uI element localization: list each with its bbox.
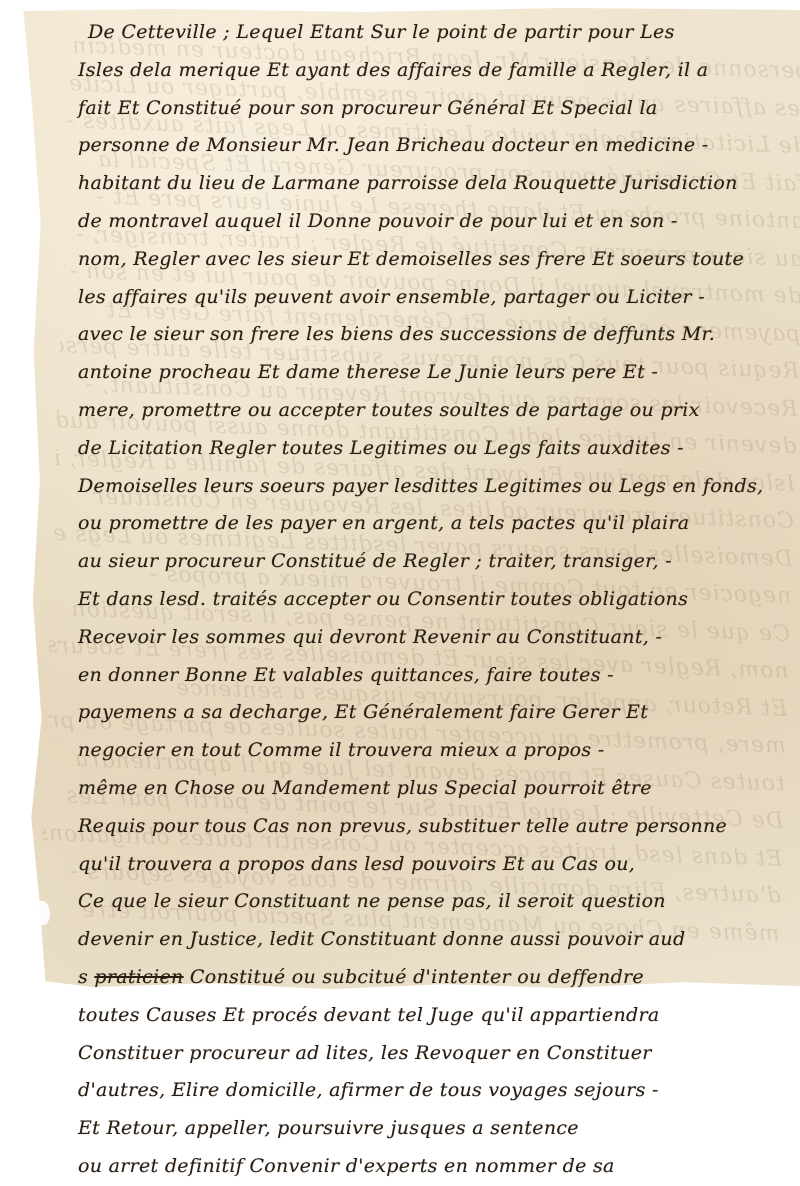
manuscript-line-24: Ce que le sieur Constituant ne pense pas… [78, 883, 798, 921]
manuscript-line-6: de montravel auquel il Donne pouvoir de … [78, 203, 798, 241]
manuscript-line-23: qu'il trouvera a propos dans lesd pouvoi… [78, 846, 798, 884]
manuscript-line-17: Recevoir les sommes qui devront Revenir … [78, 619, 798, 657]
manuscript-line-3: fait Et Constitué pour son procureur Gén… [78, 90, 798, 128]
manuscript-line-16: Et dans lesd. traités accepter ou Consen… [78, 581, 798, 619]
struck-word: praticien [94, 966, 183, 988]
manuscript-line-7: nom, Regler avec les sieur Et demoiselle… [78, 241, 798, 279]
manuscript-line-25: devenir en Justice, ledit Constituant do… [78, 921, 798, 959]
manuscript-line-21: même en Chose ou Mandement plus Special … [78, 770, 798, 808]
manuscript-line-27: toutes Causes Et procés devant tel Juge … [78, 997, 798, 1013]
manuscript-line-2: Isles dela merique Et ayant des affaires… [78, 52, 798, 90]
manuscript-text: De Cetteville ; Lequel Etant Sur le poin… [78, 14, 798, 1013]
manuscript-line-8: les affaires qu'ils peuvent avoir ensemb… [78, 279, 798, 317]
manuscript-line-22: Requis pour tous Cas non prevus, substit… [78, 808, 798, 846]
manuscript-line-18: en donner Bonne Et valables quittances, … [78, 657, 798, 695]
manuscript-line-12: de Licitation Regler toutes Legitimes ou… [78, 430, 798, 468]
manuscript-line-13: Demoiselles leurs soeurs payer lesdittes… [78, 468, 798, 506]
manuscript-line-14: ou promettre de les payer en argent, a t… [78, 505, 798, 543]
manuscript-line-10: antoine procheau Et dame therese Le Juni… [78, 354, 798, 392]
manuscript-line-26-struck: s praticien Constitué ou subcitué d'inte… [78, 959, 798, 997]
manuscript-line-9: avec le sieur son frere les biens des su… [78, 316, 798, 354]
manuscript-line-15: au sieur procureur Constitué de Regler ;… [78, 543, 798, 581]
manuscript-line-5: habitant du lieu de Larmane parroisse de… [78, 165, 798, 203]
manuscript-line-1: De Cetteville ; Lequel Etant Sur le poin… [78, 14, 798, 52]
manuscript-line-4: personne de Monsieur Mr. Jean Bricheau d… [78, 127, 798, 165]
manuscript-line-19: payemens a sa decharge, Et Généralement … [78, 694, 798, 732]
manuscript-line-20: negocier en tout Comme il trouvera mieux… [78, 732, 798, 770]
paper-tear [36, 901, 50, 925]
manuscript-line-11: mere, promettre ou accepter toutes soult… [78, 392, 798, 430]
